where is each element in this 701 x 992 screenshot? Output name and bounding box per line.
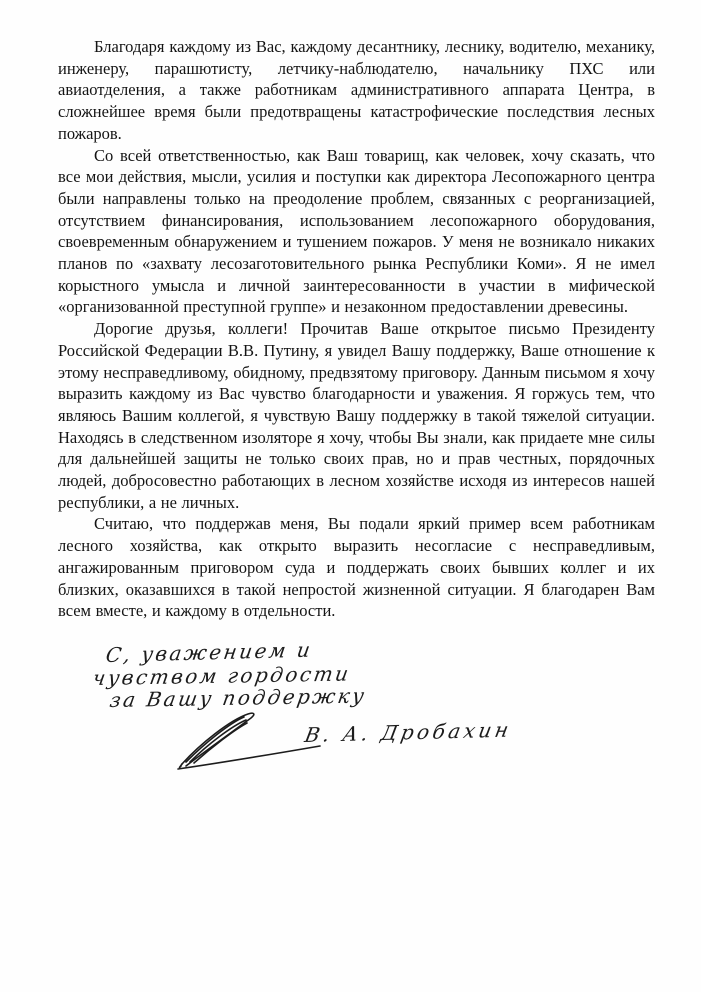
closing-block: С, уважением и чувством гордости за Вашу… [90,643,520,783]
paragraph-conclusion: Считаю, что поддержав меня, Вы подали яр… [58,513,655,622]
paragraph-colleagues: Дорогие друзья, коллеги! Прочитав Ваше о… [58,318,655,513]
letter-page: Благодаря каждому из Вас, каждому десант… [0,0,701,992]
paragraph-gratitude: Благодаря каждому из Вас, каждому десант… [58,36,655,145]
paragraph-statement: Со всей ответственностью, как Ваш товари… [58,145,655,319]
letter-body: Благодаря каждому из Вас, каждому десант… [58,36,655,622]
signature-name: В. А. Дробахин [303,718,514,748]
